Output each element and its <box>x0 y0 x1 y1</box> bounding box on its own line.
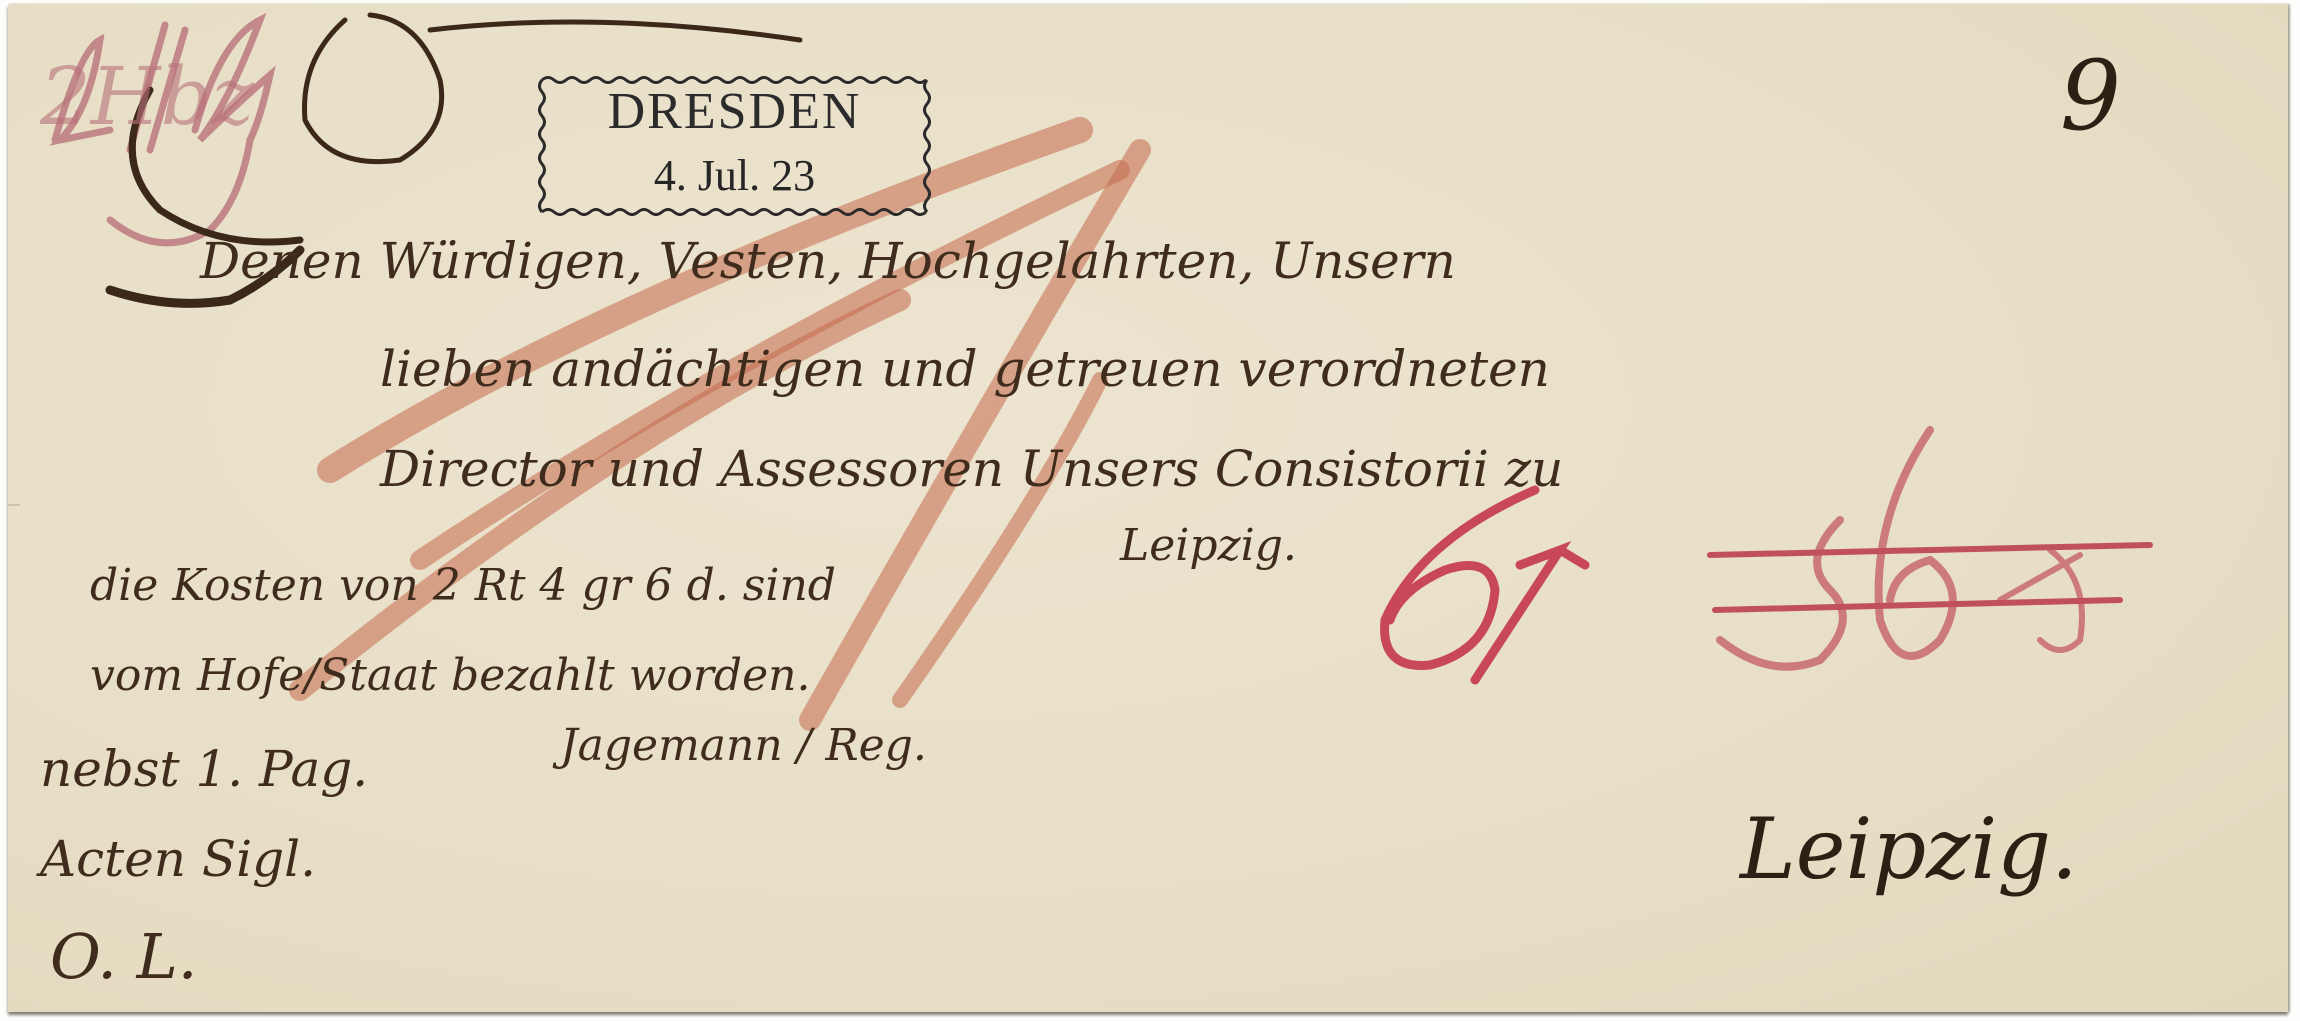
postmark-date: 4. Jul. 23 <box>532 150 937 201</box>
postmark-city: DRESDEN <box>532 82 937 141</box>
address-line-2: lieben andächtigen und getreuen verordne… <box>380 340 1550 398</box>
address-line-4: Leipzig. <box>1120 520 1297 571</box>
lower-left-line-3: O. L. <box>50 920 198 993</box>
address-line-1: Denen Würdigen, Vesten, Hochgelahrten, U… <box>200 232 1456 290</box>
destination-leipzig: Leipzig. <box>1740 800 2078 898</box>
note-line-2: vom Hofe/Staat bezahlt worden. <box>90 650 810 701</box>
lower-left-line-2: Acten Sigl. <box>40 830 316 888</box>
red-marking-top-left: 2Hbz <box>40 50 254 143</box>
number-9-top-right: 9 <box>2060 40 2121 152</box>
note-signature: Jagemann / Reg. <box>560 720 927 771</box>
address-line-3: Director und Assessoren Unsers Consistor… <box>380 440 1563 498</box>
note-line-1: die Kosten von 2 Rt 4 gr 6 d. sind <box>90 560 836 611</box>
dresden-postmark: DRESDEN 4. Jul. 23 <box>532 72 937 222</box>
lower-left-line-1: nebst 1. Pag. <box>40 740 368 798</box>
